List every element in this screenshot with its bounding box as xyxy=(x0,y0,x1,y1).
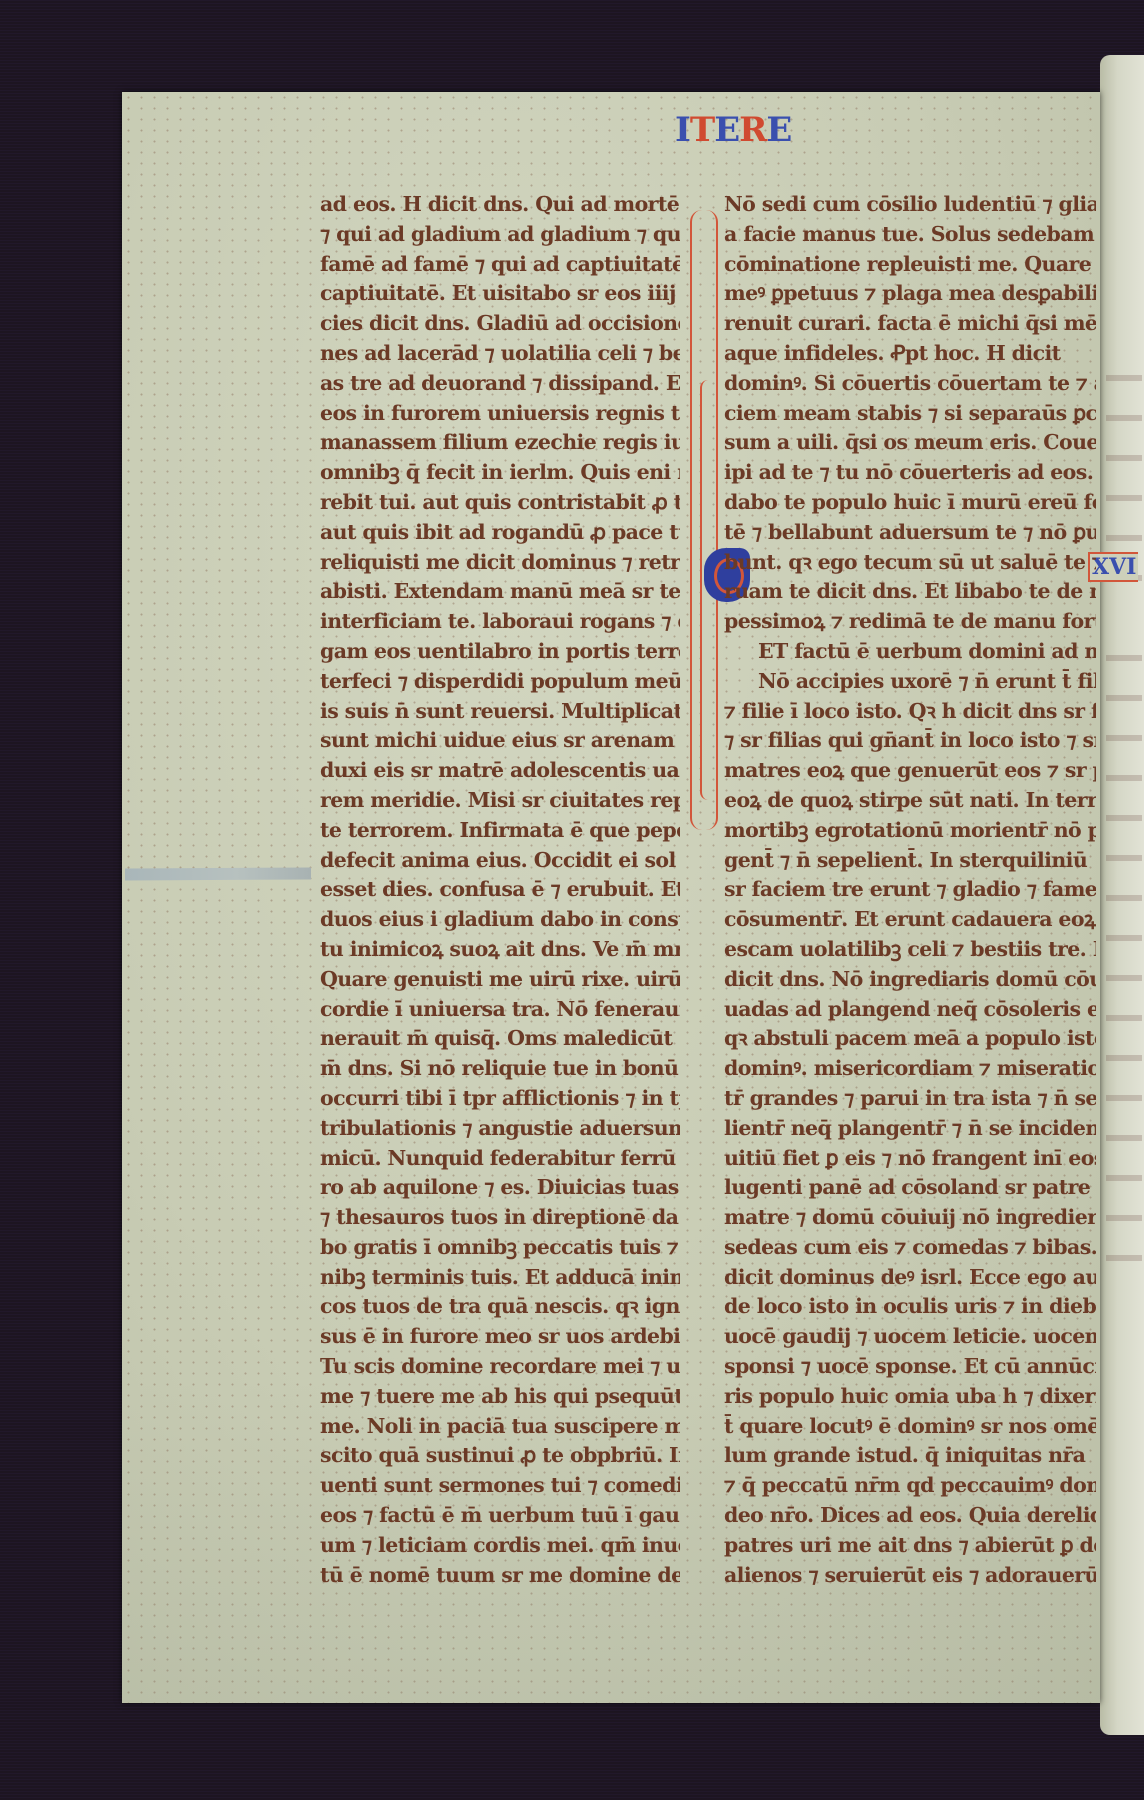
text-line: Quare genuisti me uirū rixe. uirū dis xyxy=(320,965,680,995)
text-line: reliquisti me dicit dominus ⁊ retrorsū xyxy=(320,548,680,578)
text-line: lum grande istud. q̄ iniquitas nr̄a xyxy=(724,1441,1096,1471)
text-line: m̄ dns. Si nō reliquie tue in bonū. Si n… xyxy=(320,1054,680,1084)
text-line: nerauit m̄ quisq̄. Oms maledicūt xyxy=(320,1024,680,1054)
text-line: uitiū fiet ꝑ eis ⁊ nō frangent inī eos xyxy=(724,1144,1096,1174)
text-line: ⁊ sr filias qui gn̄ant̄ in loco isto ⁊ s… xyxy=(724,726,1096,756)
text-line: ⁊ filie ī loco isto. Qꝛ h dicit dns sr f… xyxy=(724,697,1096,727)
text-line: ET factū ē uerbum domini ad me dicēs xyxy=(724,637,1096,667)
text-line: cordie ī uniuersa tra. Nō feneraui nec f… xyxy=(320,995,680,1025)
text-line: manassem filium ezechie regis iude sr xyxy=(320,428,680,458)
text-line: uadas ad plangend neq̄ cōsoleris eos. xyxy=(724,995,1096,1025)
text-line: bunt. qꝛ ego tecum sū ut saluē te ⁊ e xyxy=(724,548,1096,578)
text-line: renuit curari. facta ē michi q̄si mēdaci… xyxy=(724,309,1096,339)
text-line: te terrorem. Infirmata ē que peperit vij… xyxy=(320,816,680,846)
text-line: eoꝝ de quoꝝ stirpe sūt nati. In terra ha… xyxy=(724,786,1096,816)
text-line: tū ē nomē tuum sr me domine deus exr. xyxy=(320,1561,680,1591)
text-line: dicit dominus deꝰ isrl. Ecce ego auferā xyxy=(724,1263,1096,1293)
text-line: ⁊ qui ad gladium ad gladium ⁊ qui ad xyxy=(320,220,680,250)
text-line: gam eos uentilabro in portis terre. In xyxy=(320,637,680,667)
text-line: matres eoꝝ que genuerūt eos ⁊ sr patres xyxy=(724,756,1096,786)
text-line: ad eos. H dicit dns. Qui ad mortē ad mor… xyxy=(320,190,680,220)
text-line: sedeas cum eis ⁊ comedas ⁊ bibas. Qꝛ h xyxy=(724,1233,1096,1263)
text-line: alienos ⁊ seruierūt eis ⁊ adorauerūt xyxy=(724,1561,1096,1591)
parchment-repair xyxy=(125,868,311,881)
text-line: terfeci ⁊ disperdidi populum meū ⁊ tn̄ a… xyxy=(320,667,680,697)
text-line: mortibꝫ egrotationū morientr̄ nō pla xyxy=(724,816,1096,846)
text-line: tē ⁊ bellabunt aduersum te ⁊ nō ꝑualē xyxy=(724,518,1096,548)
text-line: eos in furorem uniuersis regnis tre ꝓpt xyxy=(320,399,680,429)
text-line: tribulationis ⁊ angustie aduersum ini xyxy=(320,1114,680,1144)
text-line: a facie manus tue. Solus sedebam qm xyxy=(724,220,1096,250)
text-line: Nō sedi cum cōsilio ludentiū ⁊ gliatus s… xyxy=(724,190,1096,220)
text-line: escam uolatilibꝫ celi ⁊ bestiis tre. H xyxy=(724,935,1096,965)
text-line: interficiam te. laboraui rogans ⁊ disp xyxy=(320,607,680,637)
text-line: aut quis ibit ad rogandū ꝓ pace tua. Tu xyxy=(320,518,680,548)
text-line: me ⁊ tuere me ab his qui psequūt xyxy=(320,1382,680,1412)
text-line: scito quā sustinui ꝓ te obpbriū. In xyxy=(320,1441,680,1471)
text-line: me. Noli in paciā tua suscipere me. xyxy=(320,1412,680,1442)
text-line: dominꝰ. Si cōuertis cōuertam te ⁊ an̄ fa xyxy=(724,369,1096,399)
text-line: defecit anima eius. Occidit ei sol cū ad… xyxy=(320,846,680,876)
text-line: tr̄ grandes ⁊ parui in tra ista ⁊ n̄ sep… xyxy=(724,1084,1096,1114)
text-column-right: Nō sedi cum cōsilio ludentiū ⁊ gliatus s… xyxy=(724,190,1096,1590)
text-line: occurri tibi ī tpr afflictionis ⁊ in tpr xyxy=(320,1084,680,1114)
text-line: abisti. Extendam manū meā sr te ⁊ xyxy=(320,577,680,607)
text-column-left: ad eos. H dicit dns. Qui ad mortē ad mor… xyxy=(320,190,680,1590)
text-line: meꝰ ꝑpetuus ⁊ plaga mea desꝑabilis xyxy=(724,279,1096,309)
text-line: cōminatione repleuisti me. Quare factꝰ ē… xyxy=(724,250,1096,280)
text-line: rem meridie. Misi sr ciuitates repen xyxy=(320,786,680,816)
text-line: cōsumentr̄. Et erunt cadauera eoꝝ in xyxy=(724,905,1096,935)
text-line: duos eius i gladium dabo in conspec xyxy=(320,905,680,935)
text-line: sum a uili. q̄si os meum eris. Couertēt xyxy=(724,428,1096,458)
text-line: ro ab aquilone ⁊ es. Diuicias tuas xyxy=(320,1173,680,1203)
text-line: uocē gaudij ⁊ uocem leticie. uocem xyxy=(724,1322,1096,1352)
text-line: ciem meam stabis ⁊ si separaūs ꝑcio xyxy=(724,399,1096,429)
text-line: patres uri me ait dns ⁊ abierūt ꝑ deos xyxy=(724,1531,1096,1561)
text-line: captiuitatē. Et uisitabo sr eos iiij spe xyxy=(320,279,680,309)
text-line: tu inimicoꝝ suoꝝ ait dns. Ve m̄ mr m̄. xyxy=(320,935,680,965)
text-line: sus ē in furore meo sr uos ardebit. xyxy=(320,1322,680,1352)
text-line: nes ad lacerād ⁊ uolatilia celi ⁊ besti xyxy=(320,339,680,369)
text-line: gent̄ ⁊ n̄ sepelient̄. In sterquiliniū xyxy=(724,846,1096,876)
text-line: aque infideles. Ꝓpt hoc. H dicit xyxy=(724,339,1096,369)
text-line: bo gratis ī omnibꝫ peccatis tuis ⁊ in om xyxy=(320,1233,680,1263)
text-line: lugenti panē ad cōsoland sr patre suo ⁊ xyxy=(724,1173,1096,1203)
text-line: rebit tui. aut quis contristabit ꝓ te. xyxy=(320,488,680,518)
text-line: lientr̄ neq̄ plangentr̄ ⁊ n̄ se incident… xyxy=(724,1114,1096,1144)
text-line: dabo te populo huic ī murū ereū for xyxy=(724,488,1096,518)
text-line: Nō accipies uxorē ⁊ n̄ erunt t̄ filii xyxy=(724,667,1096,697)
text-line: ruam te dicit dns. Et libabo te de manu xyxy=(724,577,1096,607)
text-line: cos tuos de tra quā nescis. qꝛ ignis suc… xyxy=(320,1292,680,1322)
text-line: is suis n̄ sunt reuersi. Multiplicate xyxy=(320,697,680,727)
text-line: duxi eis sr matrē adolescentis uastato xyxy=(320,756,680,786)
text-line: pessimoꝝ ⁊ redimā te de manu fortiū xyxy=(724,607,1096,637)
text-line: ris populo huic omia uba h ⁊ dixerint xyxy=(724,1382,1096,1412)
text-line: deo nr̄o. Dices ad eos. Quia dereliquerū… xyxy=(724,1501,1096,1531)
text-line: de loco isto in oculis uris ⁊ in diebꝰ u… xyxy=(724,1292,1096,1322)
text-line: eos ⁊ factū ē m̄ uerbum tuū ī gaudi xyxy=(320,1501,680,1531)
text-line: sponsi ⁊ uocē sponse. Et cū annūciaue xyxy=(724,1352,1096,1382)
text-line: nibꝫ terminis tuis. Et adducā inimi xyxy=(320,1263,680,1293)
text-line: sr faciem tre erunt ⁊ gladio ⁊ fame xyxy=(724,875,1096,905)
text-line: ⁊ thesauros tuos in direptionē da xyxy=(320,1203,680,1233)
running-header: ITERE xyxy=(675,110,791,150)
next-leaf-edge xyxy=(1100,55,1144,1735)
text-line: matre ⁊ domū cōuiuij nō ingredieris ut xyxy=(724,1203,1096,1233)
text-line: sunt michi uidue eius sr arenam maris. A xyxy=(320,726,680,756)
text-line: Tu scis domine recordare mei ⁊ uisita xyxy=(320,1352,680,1382)
text-line: esset dies. confusa ē ⁊ erubuit. Et resi xyxy=(320,875,680,905)
text-line: micū. Nunquid federabitur ferrū fer xyxy=(320,1144,680,1174)
text-line: ⁊ q̄ peccatū nr̄m qd peccauimꝰ domino xyxy=(724,1471,1096,1501)
text-line: ipi ad te ⁊ tu nō cōuerteris ad eos. Et xyxy=(724,458,1096,488)
text-line: um ⁊ leticiam cordis mei. qm̄ inuoca xyxy=(320,1531,680,1561)
text-line: dominꝰ. misericordiam ⁊ miserationes ⁊ m… xyxy=(724,1054,1096,1084)
text-line: cies dicit dns. Gladiū ad occisionē ⁊ ca xyxy=(320,309,680,339)
text-line: uenti sunt sermones tui ⁊ comedi xyxy=(320,1471,680,1501)
text-line: t̄ quare locutꝰ ē dominꝰ sr nos omē ma xyxy=(724,1412,1096,1442)
text-line: dicit dns. Nō ingrediaris domū cōuiuij n… xyxy=(724,965,1096,995)
text-line: omnibꝫ q̄ fecit in ierlm. Quis eni miser xyxy=(320,458,680,488)
text-line: famē ad famē ⁊ qui ad captiuitatē xyxy=(320,250,680,280)
text-line: qꝛ abstuli pacem meā a populo isto dr xyxy=(724,1024,1096,1054)
text-line: as tre ad deuorand ⁊ dissipand. Et dabo xyxy=(320,369,680,399)
